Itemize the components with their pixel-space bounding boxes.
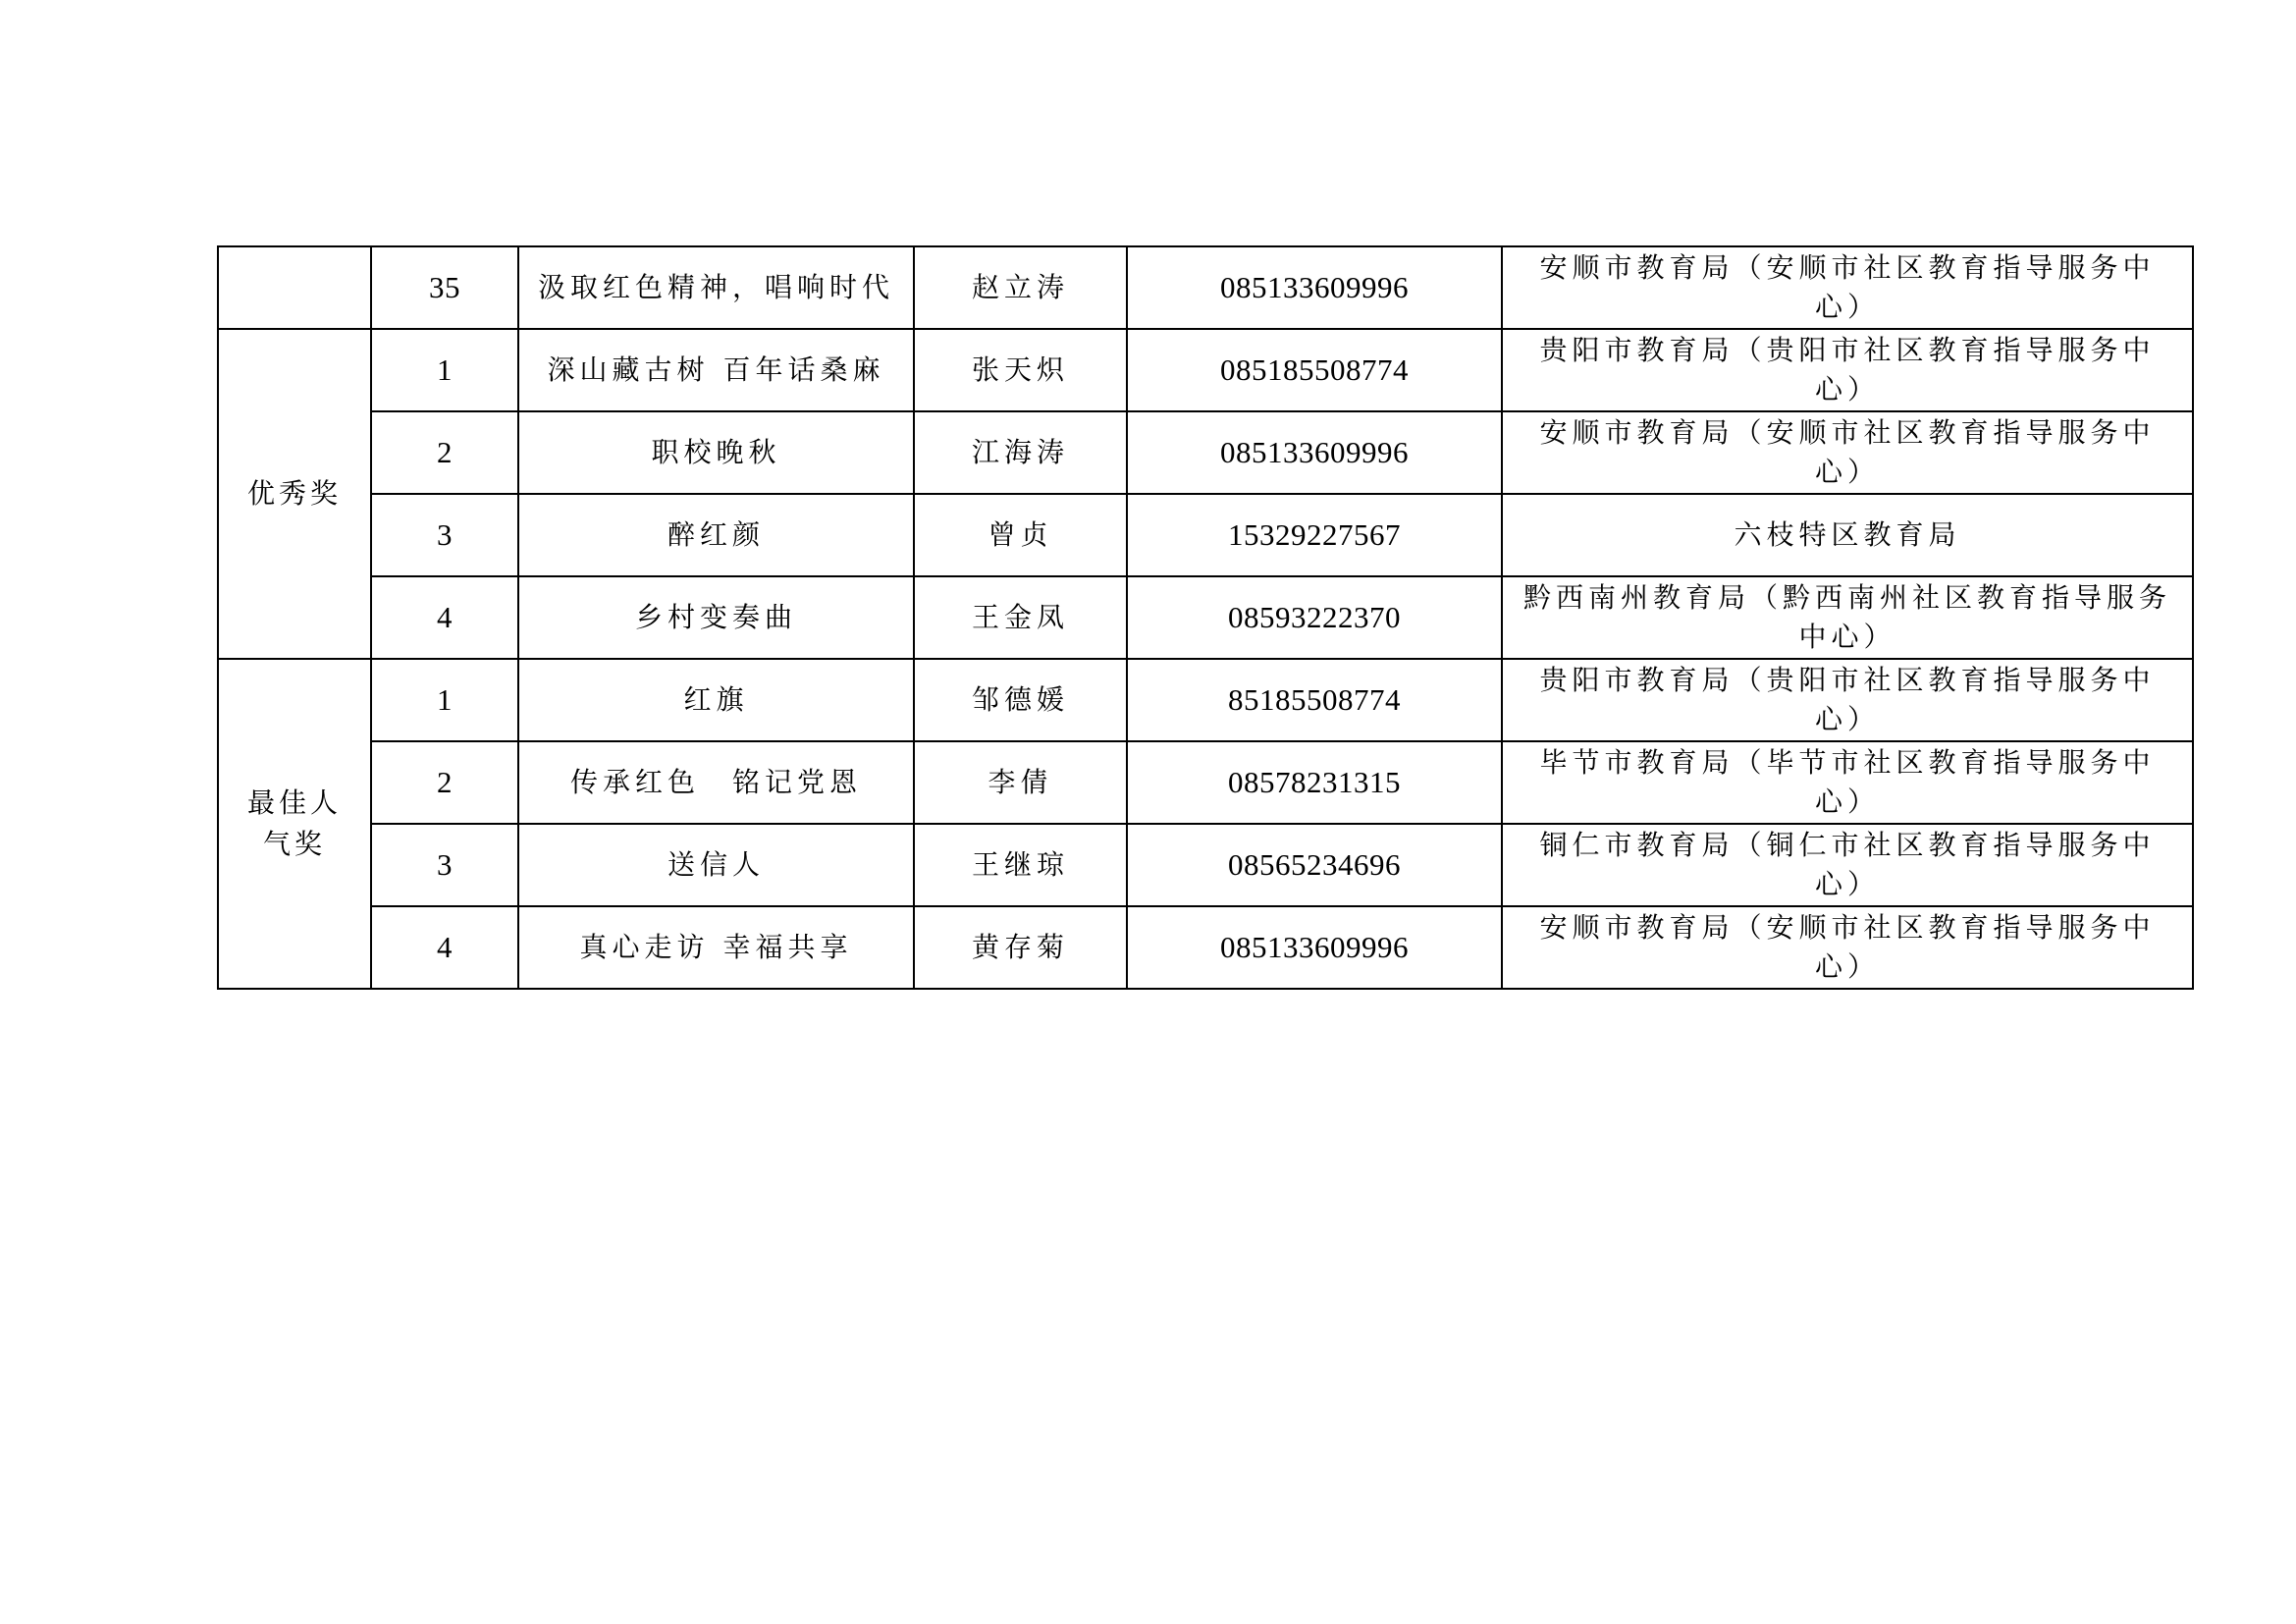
entry-number: 1 [437, 682, 453, 717]
phone-cell: 085133609996 [1127, 906, 1502, 989]
number-cell: 3 [371, 824, 518, 906]
phone-number: 085133609996 [1220, 435, 1409, 469]
table-row: 优秀奖 1 深山藏古树 百年话桑麻 张天炽 085185508774 贵阳市教育… [218, 329, 2193, 411]
work-title: 乡村变奏曲 [635, 601, 797, 633]
author-name: 曾贞 [988, 518, 1052, 551]
institution-cell: 贵阳市教育局（贵阳市社区教育指导服务中 心） [1502, 329, 2193, 411]
category-cell: 优秀奖 [218, 329, 371, 659]
phone-number: 085133609996 [1220, 930, 1409, 964]
entry-number: 4 [437, 930, 453, 964]
institution-cell: 黔西南州教育局（黔西南州社区教育指导服务 中心） [1502, 576, 2193, 659]
entry-number: 3 [437, 847, 453, 882]
phone-cell: 08578231315 [1127, 741, 1502, 824]
institution-line-1: 安顺市教育局（安顺市社区教育指导服务中 [1503, 413, 2192, 453]
author-cell: 王继琼 [914, 824, 1127, 906]
institution-line-1: 铜仁市教育局（铜仁市社区教育指导服务中 [1503, 826, 2192, 865]
number-cell: 35 [371, 246, 518, 329]
author-cell: 江海涛 [914, 411, 1127, 494]
phone-number: 085133609996 [1220, 270, 1409, 304]
phone-cell: 08565234696 [1127, 824, 1502, 906]
author-name: 王继琼 [972, 848, 1069, 881]
awards-table: 35 汲取红色精神，唱响时代 赵立涛 085133609996 安顺市教育局（安… [217, 245, 2194, 990]
author-cell: 邹德媛 [914, 659, 1127, 741]
institution-cell: 安顺市教育局（安顺市社区教育指导服务中 心） [1502, 906, 2193, 989]
entry-number: 3 [437, 517, 453, 552]
entry-number: 1 [437, 352, 453, 387]
title-cell: 红旗 [518, 659, 914, 741]
title-cell: 传承红色 铭记党恩 [518, 741, 914, 824]
institution-line-1: 安顺市教育局（安顺市社区教育指导服务中 [1503, 248, 2192, 288]
author-cell: 王金凤 [914, 576, 1127, 659]
number-cell: 4 [371, 906, 518, 989]
title-cell: 送信人 [518, 824, 914, 906]
work-title: 醉红颜 [667, 518, 765, 551]
number-cell: 2 [371, 411, 518, 494]
institution-line-1: 六枝特区教育局 [1503, 515, 2192, 555]
institution-line-1: 安顺市教育局（安顺市社区教育指导服务中 [1503, 908, 2192, 947]
title-cell: 深山藏古树 百年话桑麻 [518, 329, 914, 411]
author-name: 王金凤 [972, 601, 1069, 633]
number-cell: 3 [371, 494, 518, 576]
phone-number: 85185508774 [1228, 682, 1401, 717]
phone-cell: 085133609996 [1127, 246, 1502, 329]
author-cell: 曾贞 [914, 494, 1127, 576]
institution-cell: 铜仁市教育局（铜仁市社区教育指导服务中 心） [1502, 824, 2193, 906]
entry-number: 4 [437, 600, 453, 634]
phone-cell: 085185508774 [1127, 329, 1502, 411]
work-title: 真心走访 幸福共享 [580, 931, 853, 963]
work-title: 汲取红色精神，唱响时代 [538, 271, 894, 303]
institution-line-2: 心） [1503, 865, 2192, 904]
institution-line-1: 黔西南州教育局（黔西南州社区教育指导服务 [1503, 578, 2192, 618]
title-cell: 乡村变奏曲 [518, 576, 914, 659]
category-label-line-1: 最佳人 [219, 783, 370, 824]
institution-line-2: 心） [1503, 288, 2192, 327]
number-cell: 4 [371, 576, 518, 659]
table-row: 3 送信人 王继琼 08565234696 铜仁市教育局（铜仁市社区教育指导服务… [218, 824, 2193, 906]
institution-cell: 六枝特区教育局 [1502, 494, 2193, 576]
institution-cell: 贵阳市教育局（贵阳市社区教育指导服务中 心） [1502, 659, 2193, 741]
title-cell: 汲取红色精神，唱响时代 [518, 246, 914, 329]
phone-number: 08565234696 [1228, 847, 1401, 882]
table-row: 最佳人 气奖 1 红旗 邹德媛 85185508774 贵阳市教育局（贵阳市社区… [218, 659, 2193, 741]
institution-line-2: 心） [1503, 700, 2192, 739]
phone-number: 08578231315 [1228, 765, 1401, 799]
institution-cell: 毕节市教育局（毕节市社区教育指导服务中 心） [1502, 741, 2193, 824]
phone-cell: 85185508774 [1127, 659, 1502, 741]
phone-number: 085185508774 [1220, 352, 1409, 387]
entry-number: 35 [429, 270, 460, 304]
category-label-line-2: 气奖 [219, 824, 370, 865]
document-page: 35 汲取红色精神，唱响时代 赵立涛 085133609996 安顺市教育局（安… [0, 0, 2296, 1624]
author-name: 江海涛 [972, 436, 1069, 468]
phone-number: 15329227567 [1228, 517, 1401, 552]
institution-line-2: 心） [1503, 453, 2192, 492]
author-name: 黄存菊 [972, 931, 1069, 963]
work-title: 送信人 [667, 848, 765, 881]
author-name: 邹德媛 [972, 683, 1069, 716]
author-cell: 赵立涛 [914, 246, 1127, 329]
number-cell: 1 [371, 329, 518, 411]
table-row: 35 汲取红色精神，唱响时代 赵立涛 085133609996 安顺市教育局（安… [218, 246, 2193, 329]
title-cell: 醉红颜 [518, 494, 914, 576]
author-name: 赵立涛 [972, 271, 1069, 303]
institution-cell: 安顺市教育局（安顺市社区教育指导服务中 心） [1502, 411, 2193, 494]
title-cell: 职校晚秋 [518, 411, 914, 494]
author-name: 李倩 [988, 766, 1052, 798]
table-row: 3 醉红颜 曾贞 15329227567 六枝特区教育局 [218, 494, 2193, 576]
institution-cell: 安顺市教育局（安顺市社区教育指导服务中 心） [1502, 246, 2193, 329]
work-title: 红旗 [683, 683, 748, 716]
entry-number: 2 [437, 435, 453, 469]
author-cell: 张天炽 [914, 329, 1127, 411]
number-cell: 2 [371, 741, 518, 824]
title-cell: 真心走访 幸福共享 [518, 906, 914, 989]
institution-line-2: 心） [1503, 783, 2192, 822]
phone-number: 08593222370 [1228, 600, 1401, 634]
category-cell: 最佳人 气奖 [218, 659, 371, 989]
institution-line-1: 毕节市教育局（毕节市社区教育指导服务中 [1503, 743, 2192, 783]
table-row: 4 乡村变奏曲 王金凤 08593222370 黔西南州教育局（黔西南州社区教育… [218, 576, 2193, 659]
institution-line-1: 贵阳市教育局（贵阳市社区教育指导服务中 [1503, 331, 2192, 370]
table-row: 2 职校晚秋 江海涛 085133609996 安顺市教育局（安顺市社区教育指导… [218, 411, 2193, 494]
institution-line-2: 中心） [1503, 618, 2192, 657]
author-cell: 李倩 [914, 741, 1127, 824]
author-name: 张天炽 [972, 353, 1069, 386]
table-row: 4 真心走访 幸福共享 黄存菊 085133609996 安顺市教育局（安顺市社… [218, 906, 2193, 989]
institution-line-1: 贵阳市教育局（贵阳市社区教育指导服务中 [1503, 661, 2192, 700]
entry-number: 2 [437, 765, 453, 799]
work-title: 深山藏古树 百年话桑麻 [548, 353, 885, 386]
phone-cell: 15329227567 [1127, 494, 1502, 576]
institution-line-2: 心） [1503, 947, 2192, 987]
category-label: 优秀奖 [247, 477, 342, 510]
category-cell [218, 246, 371, 329]
phone-cell: 08593222370 [1127, 576, 1502, 659]
work-title: 职校晚秋 [651, 436, 780, 468]
work-title: 传承红色 铭记党恩 [570, 766, 862, 798]
author-cell: 黄存菊 [914, 906, 1127, 989]
phone-cell: 085133609996 [1127, 411, 1502, 494]
number-cell: 1 [371, 659, 518, 741]
institution-line-2: 心） [1503, 370, 2192, 409]
table-row: 2 传承红色 铭记党恩 李倩 08578231315 毕节市教育局（毕节市社区教… [218, 741, 2193, 824]
